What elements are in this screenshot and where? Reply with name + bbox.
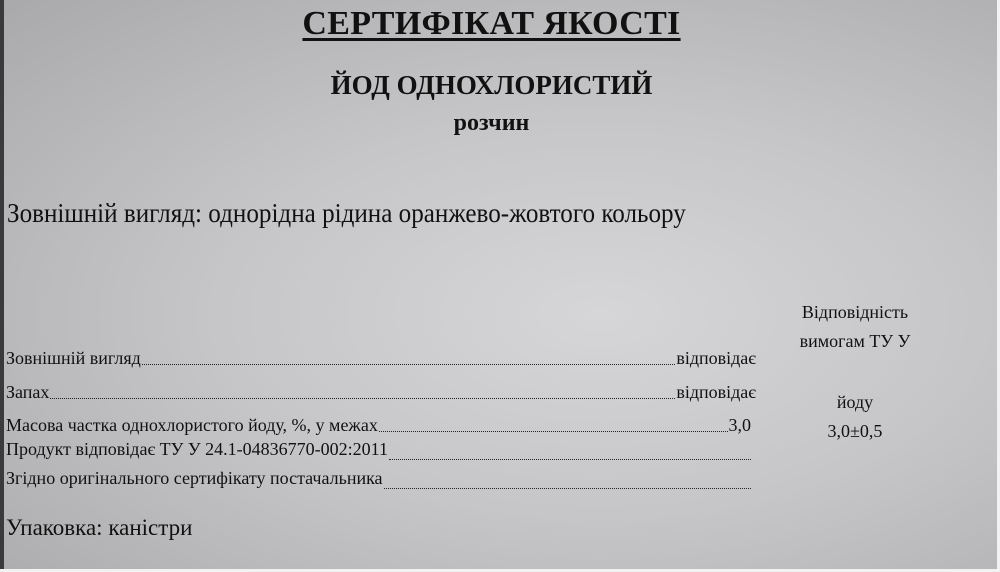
spec-row-appearance: Зовнішній вигляд відповідає xyxy=(6,347,756,369)
spec-row-mass-fraction: Масова частка однохлористого йоду, %, у … xyxy=(6,414,751,436)
dot-leader xyxy=(379,430,728,432)
requirements-header-line-1: Відповідність xyxy=(790,298,920,327)
spec-label: Масова частка однохлористого йоду, %, у … xyxy=(6,414,378,436)
spec-value: відповідає xyxy=(676,381,756,403)
spec-value: 3,0 xyxy=(729,414,752,436)
dot-leader xyxy=(384,487,751,489)
appearance-description: Зовнішній вигляд: однорідна рідина оранж… xyxy=(7,198,686,229)
requirements-iodine-label: йоду xyxy=(790,388,920,417)
spec-row-supplier-certificate: Згідно оригінального сертифікату постача… xyxy=(6,467,752,489)
packaging-info: Упаковка: каністри xyxy=(6,515,192,541)
requirements-header: Відповідність вимогам ТУ У xyxy=(790,298,920,356)
certificate-title: СЕРТИФІКАТ ЯКОСТІ xyxy=(0,5,983,43)
requirements-iodine: йоду 3,0±0,5 xyxy=(790,388,920,446)
requirements-iodine-range: 3,0±0,5 xyxy=(790,417,920,446)
spec-value: відповідає xyxy=(676,347,756,369)
spec-label: Згідно оригінального сертифікату постача… xyxy=(6,467,383,489)
dot-leader xyxy=(142,363,676,365)
spec-row-odor: Запах відповідає xyxy=(6,381,756,403)
spec-label: Продукт відповідає ТУ У 24.1-04836770-00… xyxy=(6,438,388,460)
product-form: розчин xyxy=(0,110,983,137)
dot-leader xyxy=(389,458,751,460)
requirements-header-line-2: вимогам ТУ У xyxy=(790,327,920,356)
product-name: ЙОД ОДНОХЛОРИСТИЙ xyxy=(0,70,983,101)
spec-label: Зовнішній вигляд xyxy=(6,347,141,369)
spec-label: Запах xyxy=(6,381,49,403)
certificate-page: СЕРТИФІКАТ ЯКОСТІ ЙОД ОДНОХЛОРИСТИЙ розч… xyxy=(0,0,1000,572)
dot-leader xyxy=(50,397,675,399)
spec-row-compliance: Продукт відповідає ТУ У 24.1-04836770-00… xyxy=(6,438,752,460)
